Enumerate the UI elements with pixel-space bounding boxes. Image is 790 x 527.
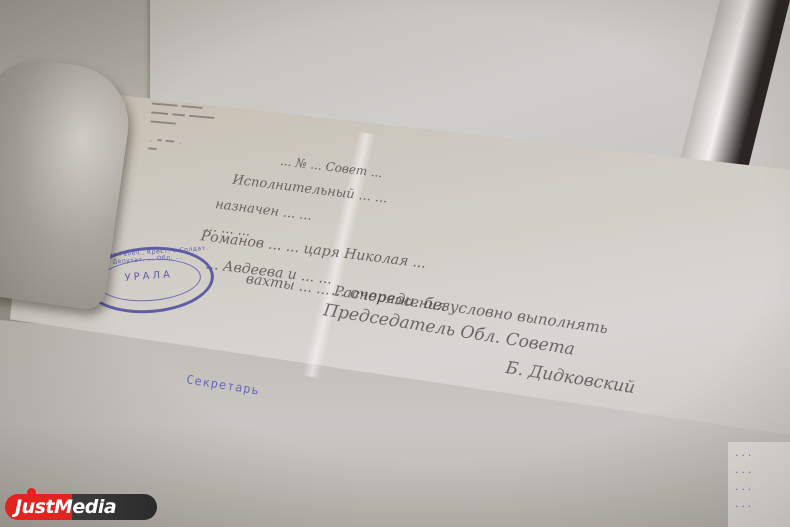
note-line: ... — [734, 449, 790, 459]
note-line: ... — [734, 466, 790, 476]
justmedia-logo: JustMedia — [5, 494, 157, 520]
document-header-typed: ▬▬▬▬▬▬ ▬▬▬▬▬▬▬▬▬ ▬▬▬ ▬▬▬▬▬▬▬▬▬▬▬▬. ▬ ▬▬ … — [148, 99, 216, 158]
logo-text: JustMedia — [5, 496, 116, 518]
photo-scene: ▬▬▬▬▬▬ ▬▬▬▬▬▬▬▬▬ ▬▬▬ ▬▬▬▬▬▬▬▬▬▬▬▬. ▬ ▬▬ … — [0, 0, 790, 527]
corner-typed-note: ... ... ... ... — [728, 442, 790, 527]
note-line: ... — [734, 483, 790, 493]
note-line: ... — [734, 500, 790, 510]
logo-dot-icon — [27, 488, 36, 497]
